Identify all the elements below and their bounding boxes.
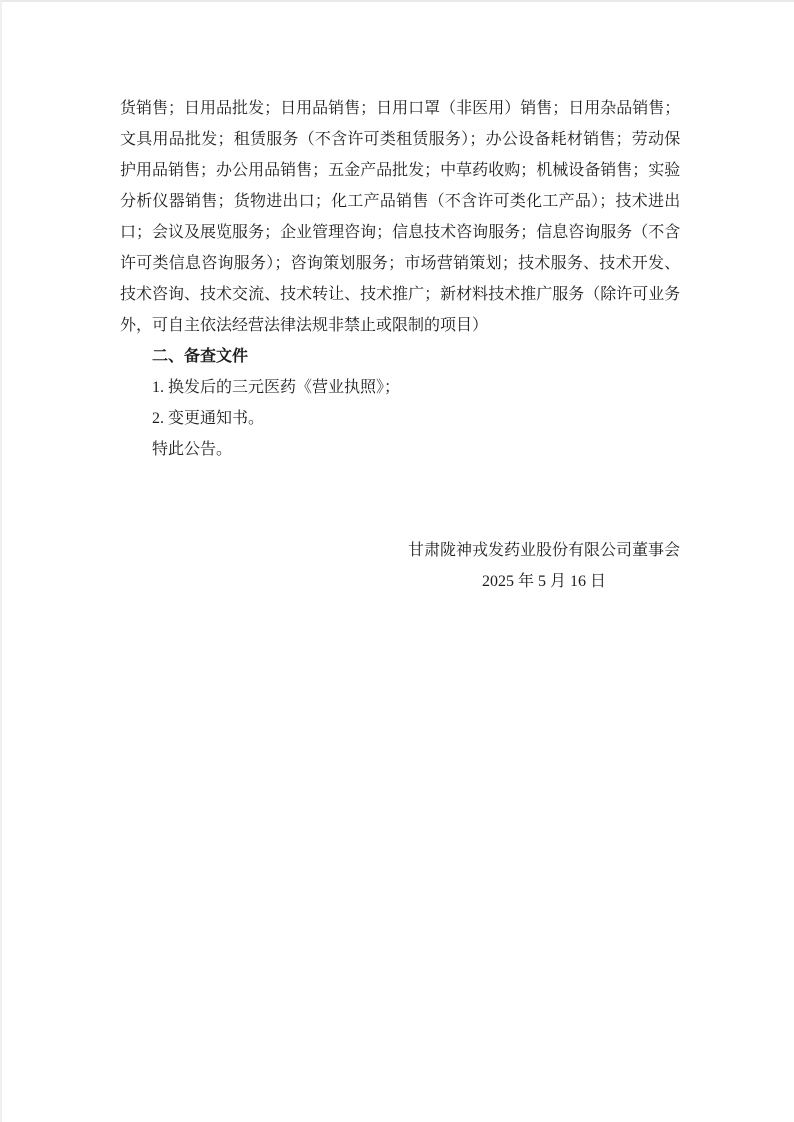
body-text-line: 护用品销售；办公用品销售；五金产品批发；中草药收购；机械设备销售；实验	[120, 155, 680, 186]
reference-item-2: 2. 变更通知书。	[120, 403, 680, 434]
body-text-line: 外，可自主依法经营法律法规非禁止或限制的项目）	[120, 310, 680, 341]
body-text-line: 许可类信息咨询服务）；咨询策划服务；市场营销策划；技术服务、技术开发、	[120, 248, 680, 279]
signature-block: 甘肃陇神戎发药业股份有限公司董事会 2025 年 5 月 16 日	[408, 535, 680, 597]
announcement-date: 2025 年 5 月 16 日	[408, 566, 680, 597]
body-text-line: 技术咨询、技术交流、技术转让、技术推广；新材料技术推广服务（除许可业务	[120, 279, 680, 310]
reference-item-1: 1. 换发后的三元医药《营业执照》；	[120, 372, 680, 403]
body-text-line: 口；会议及展览服务；企业管理咨询；信息技术咨询服务；信息咨询服务（不含	[120, 217, 680, 248]
document-content: 货销售；日用品批发；日用品销售；日用口罩（非医用）销售；日用杂品销售； 文具用品…	[120, 93, 680, 597]
section-heading: 二、备查文件	[120, 341, 680, 372]
company-signature: 甘肃陇神戎发药业股份有限公司董事会	[408, 535, 680, 566]
body-text-line: 文具用品批发；租赁服务（不含许可类租赁服务）；办公设备耗材销售；劳动保	[120, 124, 680, 155]
body-text-line: 分析仪器销售；货物进出口；化工产品销售（不含许可类化工产品）；技术进出	[120, 186, 680, 217]
closing-statement: 特此公告。	[120, 434, 680, 465]
document-page: 货销售；日用品批发；日用品销售；日用口罩（非医用）销售；日用杂品销售； 文具用品…	[0, 0, 794, 1122]
body-text-line: 货销售；日用品批发；日用品销售；日用口罩（非医用）销售；日用杂品销售；	[120, 93, 680, 124]
